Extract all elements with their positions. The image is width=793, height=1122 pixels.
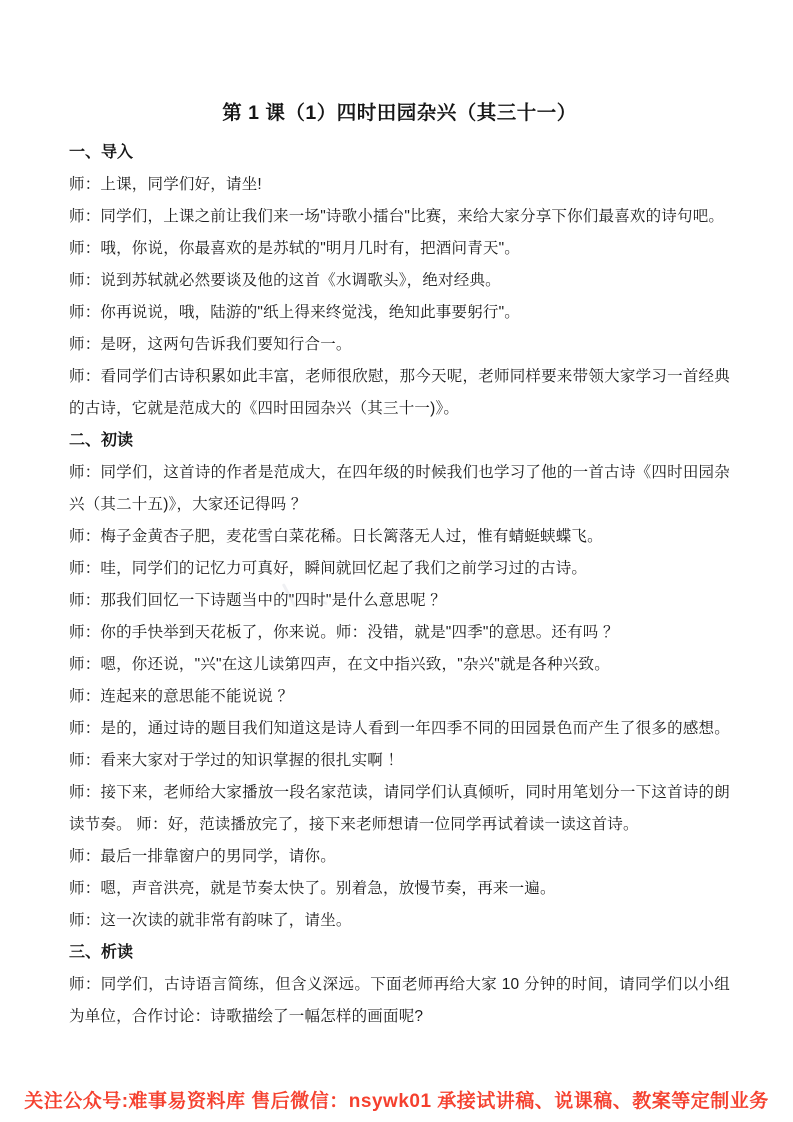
teacher-line: 师：是的，通过诗的题目我们知道这是诗人看到一年四季不同的田园景色而产生了很多的感… xyxy=(69,713,730,777)
teacher-line: 师：你的手快举到天花板了，你来说。师：没错，就是"四季"的意思。还有吗 ？ xyxy=(69,617,730,649)
teacher-line: 师：最后一排靠窗户的男同学，请你。 xyxy=(69,841,730,873)
teacher-line: 师：同学们，这首诗的作者是范成大，在四年级的时候我们也学习了他的一首古诗《四时田… xyxy=(69,457,730,521)
section-analysis: 三、析读 师：同学们，古诗语言简练，但含义深远。下面老师再给大家 10 分钟的时… xyxy=(69,937,730,1033)
document-title: 第 1 课（1）四时田园杂兴（其三十一） xyxy=(69,100,730,126)
teacher-line: 师：这一次读的就非常有韵味了，请坐。 xyxy=(69,905,730,937)
teacher-line: 师：同学们，古诗语言简练，但含义深远。下面老师再给大家 10 分钟的时间，请同学… xyxy=(69,969,730,1033)
section-heading: 一、导入 xyxy=(69,137,730,169)
teacher-line: 师：连起来的意思能不能说说 ？ xyxy=(69,681,730,713)
teacher-line: 师：是呀，这两句告诉我们要知行合一。 xyxy=(69,329,730,361)
teacher-line: 师：你再说说，哦，陆游的"纸上得来终觉浅，绝知此事要躬行"。 xyxy=(69,297,730,329)
document-page: 第 1 课（1）四时田园杂兴（其三十一） 一、导入 师：上课，同学们好，请坐! … xyxy=(0,0,793,1122)
teacher-line: 师：嗯，声音洪亮，就是节奏太快了。别着急，放慢节奏，再来一遍。 xyxy=(69,873,730,905)
promo-footer: 关注公众号:难事易资料库 售后微信：nsywk01 承接试讲稿、说课稿、教案等定… xyxy=(0,1086,793,1113)
teacher-line: 师：哇，同学们的记忆力可真好，瞬间就回忆起了我们之前学习过的古诗。 xyxy=(69,553,730,585)
teacher-line: 师：看同学们古诗积累如此丰富，老师很欣慰，那今天呢，老师同样要来带领大家学习一首… xyxy=(69,361,730,425)
document-body: 第 1 课（1）四时田园杂兴（其三十一） 一、导入 师：上课，同学们好，请坐! … xyxy=(69,100,730,1033)
teacher-line: 师：接下来，老师给大家播放一段名家范读，请同学们认真倾听，同时用笔划分一下这首诗… xyxy=(69,777,730,841)
section-heading: 三、析读 xyxy=(69,937,730,969)
teacher-line: 师：哦，你说，你最喜欢的是苏轼的"明月几时有，把酒问青天"。 xyxy=(69,233,730,265)
teacher-line: 师：上课，同学们好，请坐! xyxy=(69,169,730,201)
teacher-line: 师：说到苏轼就必然要谈及他的这首《水调歌头》，绝对经典。 xyxy=(69,265,730,297)
teacher-line: 师：嗯，你还说，"兴"在这儿读第四声，在文中指兴致，"杂兴"就是各种兴致。 xyxy=(69,649,730,681)
teacher-line: 师：同学们，上课之前让我们来一场"诗歌小擂台"比赛，来给大家分享下你们最喜欢的诗… xyxy=(69,201,730,233)
teacher-line: 师：梅子金黄杏子肥，麦花雪白菜花稀。日长篱落无人过，惟有蜻蜓蛱蝶飞。 xyxy=(69,521,730,553)
section-heading: 二、初读 xyxy=(69,425,730,457)
section-intro: 一、导入 师：上课，同学们好，请坐! 师：同学们，上课之前让我们来一场"诗歌小擂… xyxy=(69,137,730,425)
section-first-reading: 二、初读 师：同学们，这首诗的作者是范成大，在四年级的时候我们也学习了他的一首古… xyxy=(69,425,730,937)
teacher-line: 师：那我们回忆一下诗题当中的"四时"是什么意思呢 ？ xyxy=(69,585,730,617)
